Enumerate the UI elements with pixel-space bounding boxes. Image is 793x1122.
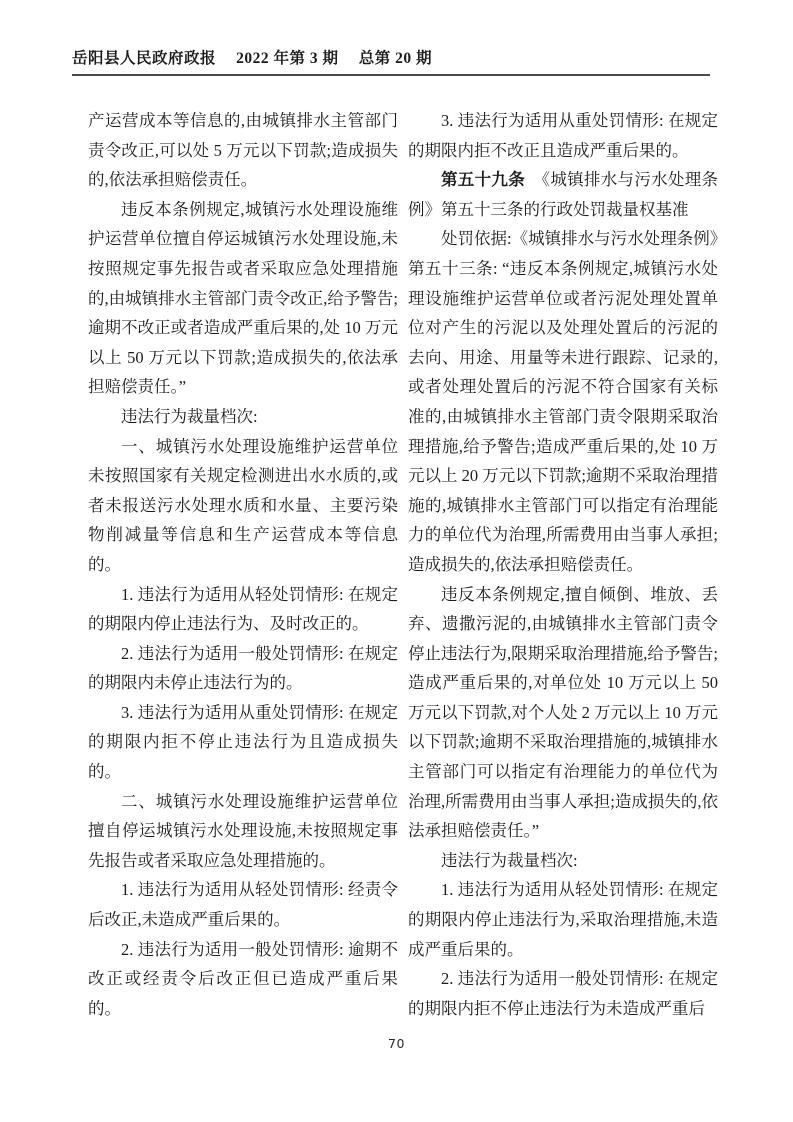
paragraph-left-4: 一、城镇污水处理设施维护运营单位未按照国家有关规定检测进出水水质的,或者未报送污… [88, 432, 398, 580]
paragraph-left-10: 2. 违法行为适用一般处罚情形: 逾期不改正或经责令后改正但已造成严重后果的。 [88, 935, 398, 1024]
paragraph-right-7: 2. 违法行为适用一般处罚情形: 在规定的期限内拒不停止违法行为未造成严重后 [408, 964, 718, 1023]
paragraph-right-5: 违法行为裁量档次: [408, 846, 718, 876]
paragraph-left-7: 3. 违法行为适用从重处罚情形: 在规定的期限内拒不停止违法行为且造成损失的。 [88, 698, 398, 787]
header-volume: 总第 20 期 [359, 50, 432, 67]
paragraph-left-6: 2. 违法行为适用一般处罚情形: 在规定的期限内未停止违法行为的。 [88, 639, 398, 698]
paragraph-left-1: 产运营成本等信息的,由城镇排水主管部门责令改正,可以处 5 万元以下罚款;造成损… [88, 106, 398, 195]
paragraph-right-3: 处罚依据:《城镇排水与污水处理条例》第五十三条: “违反本条例规定,城镇污水处理… [408, 224, 718, 579]
header-title: 岳阳县人民政府政报 [72, 50, 216, 67]
paragraph-left-3: 违法行为裁量档次: [88, 402, 398, 432]
paragraph-right-6: 1. 违法行为适用从轻处罚情形: 在规定的期限内停止违法行为,采取治理措施,未造… [408, 875, 718, 964]
header-issue: 2022 年第 3 期 [236, 50, 338, 67]
paragraph-left-8: 二、城镇污水处理设施维护运营单位擅自停运城镇污水处理设施,未按照规定事先报告或者… [88, 787, 398, 876]
paragraph-left-5: 1. 违法行为适用从轻处罚情形: 在规定的期限内停止违法行为、及时改正的。 [88, 580, 398, 639]
paragraph-left-2: 违反本条例规定,城镇污水处理设施维护运营单位擅自停运城镇污水处理设施,未按照规定… [88, 195, 398, 402]
body-columns: 产运营成本等信息的,由城镇排水主管部门责令改正,可以处 5 万元以下罚款;造成损… [88, 106, 718, 1023]
document-page: 岳阳县人民政府政报2022 年第 3 期总第 20 期 产运营成本等信息的,由城… [0, 0, 793, 1122]
right-column: 3. 违法行为适用从重处罚情形: 在规定的期限内拒不改正且造成严重后果的。 第五… [408, 106, 718, 1023]
page-header: 岳阳县人民政府政报2022 年第 3 期总第 20 期 [72, 46, 710, 76]
left-column: 产运营成本等信息的,由城镇排水主管部门责令改正,可以处 5 万元以下罚款;造成损… [88, 106, 398, 1023]
paragraph-left-9: 1. 违法行为适用从轻处罚情形: 经责令后改正,未造成严重后果的。 [88, 875, 398, 934]
article-59-number: 第五十九条 [441, 170, 525, 189]
page-number: 70 [0, 1036, 793, 1051]
paragraph-right-4: 违反本条例规定,擅自倾倒、堆放、丢弃、遗撒污泥的,由城镇排水主管部门责令停止违法… [408, 580, 718, 846]
paragraph-right-1: 3. 违法行为适用从重处罚情形: 在规定的期限内拒不改正且造成严重后果的。 [408, 106, 718, 165]
article-59-heading: 第五十九条 《城镇排水与污水处理条例》第五十三条的行政处罚裁量权基准 [408, 165, 718, 224]
